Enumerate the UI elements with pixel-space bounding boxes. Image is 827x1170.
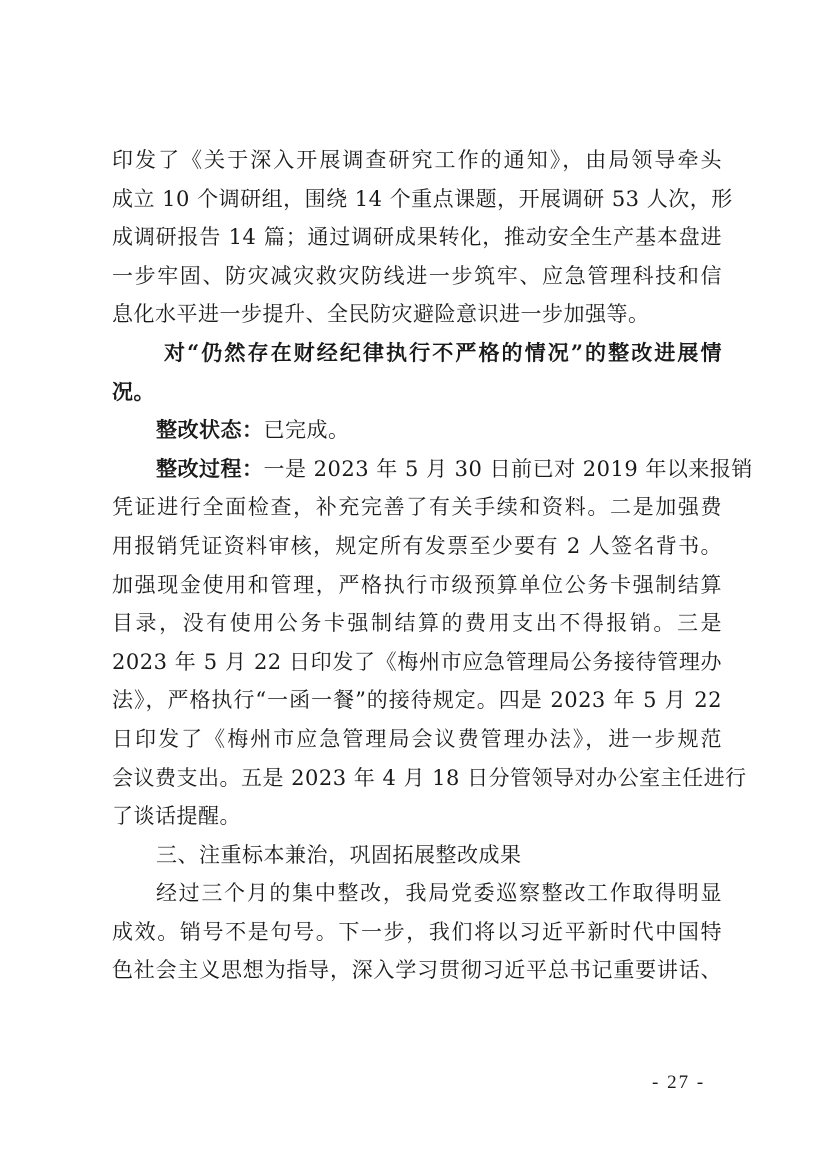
rectification-process: 整改过程：一是 2023 年 5 月 30 日前已对 2019 年以来报销 凭证… [112, 450, 722, 836]
document-page: 印发了《关于深入开展调查研究工作的通知》，由局领导牵头 成立 10 个调研组，围… [0, 0, 827, 1170]
text-line: 法》，严格执行“一函一餐”的接待规定。四是 2023 年 5 月 22 [112, 681, 722, 720]
paragraph-research-results: 印发了《关于深入开展调查研究工作的通知》，由局领导牵头 成立 10 个调研组，围… [112, 141, 722, 334]
text-line: 经过三个月的集中整改，我局党委巡察整改工作取得明显 [112, 874, 722, 913]
text-line: 加强现金使用和管理，严格执行市级预算单位公务卡强制结算 [112, 566, 722, 605]
text-line: 成立 10 个调研组，围绕 14 个重点课题，开展调研 53 人次，形 [112, 180, 722, 219]
rectification-status: 整改状态：已完成。 [112, 411, 722, 450]
status-label: 整改状态： [156, 417, 264, 442]
subheading-line: 对“仍然存在财经纪律执行不严格的情况”的整改进展情 [112, 334, 722, 373]
text-line: 会议费支出。五是 2023 年 4 月 18 日分管领导对办公室主任进行 [112, 759, 722, 798]
text-line: 一是 2023 年 5 月 30 日前已对 2019 年以来报销 [264, 457, 753, 481]
text-line: 成调研报告 14 篇；通过调研成果转化，推动安全生产基本盘进 [112, 218, 722, 257]
section-heading: 三、注重标本兼治，巩固拓展整改成果 [112, 836, 722, 875]
status-value: 已完成。 [264, 418, 350, 442]
text-line: 凭证进行全面检查，补充完善了有关手续和资料。二是加强费 [112, 488, 722, 527]
text-line: 一步牢固、防灾减灾救灾防线进一步筑牢、应急管理科技和信 [112, 257, 722, 296]
text-line: 成效。销号不是句号。下一步，我们将以习近平新时代中国特 [112, 913, 722, 952]
process-label: 整改过程： [156, 456, 264, 481]
document-body: 印发了《关于深入开展调查研究工作的通知》，由局领导牵头 成立 10 个调研组，围… [112, 141, 722, 990]
text-line: 2023 年 5 月 22 日印发了《梅州市应急管理局公务接待管理办 [112, 643, 722, 682]
subheading-line: 况。 [112, 373, 722, 412]
text-line: 用报销凭证资料审核，规定所有发票至少要有 2 人签名背书。 [112, 527, 722, 566]
process-first-line: 整改过程：一是 2023 年 5 月 30 日前已对 2019 年以来报销 [112, 450, 722, 489]
text-line: 日印发了《梅州市应急管理局会议费管理办法》，进一步规范 [112, 720, 722, 759]
text-line: 目录，没有使用公务卡强制结算的费用支出不得报销。三是 [112, 604, 722, 643]
subheading-financial-discipline: 对“仍然存在财经纪律执行不严格的情况”的整改进展情 况。 [112, 334, 722, 411]
text-line: 息化水平进一步提升、全民防灾避险意识进一步加强等。 [112, 295, 722, 334]
text-line: 印发了《关于深入开展调查研究工作的通知》，由局领导牵头 [112, 141, 722, 180]
text-line: 色社会主义思想为指导，深入学习贯彻习近平总书记重要讲话、 [112, 951, 722, 990]
page-number: - 27 - [652, 1072, 705, 1094]
text-line: 了谈话提醒。 [112, 797, 722, 836]
paragraph-next-steps: 经过三个月的集中整改，我局党委巡察整改工作取得明显 成效。销号不是句号。下一步，… [112, 874, 722, 990]
